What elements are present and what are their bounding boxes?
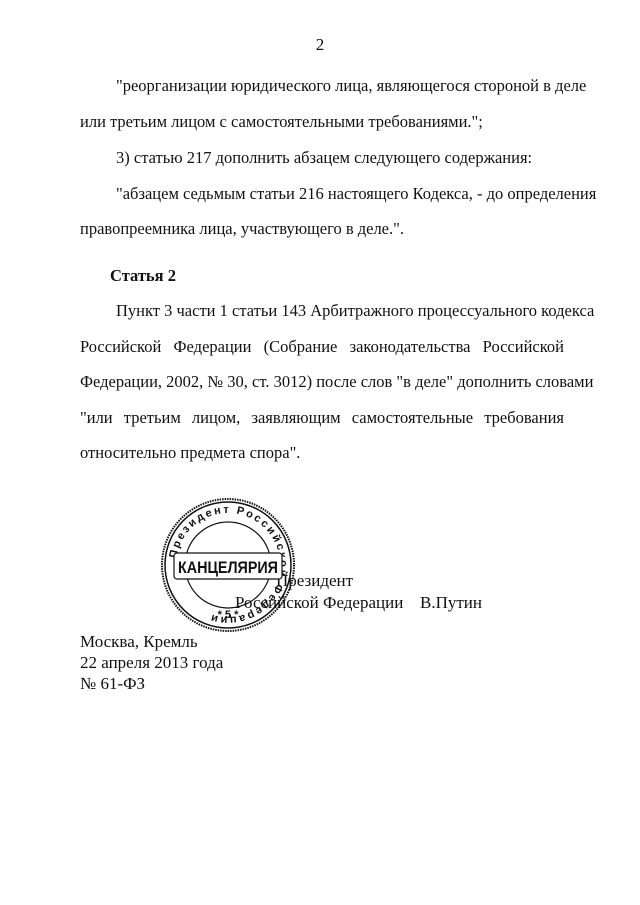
footer-date: 22 апреля 2013 года	[80, 653, 223, 673]
article-heading: Статья 2	[110, 266, 176, 286]
stamp-bottom-text: * 5 *	[218, 609, 240, 621]
paragraph-line: 3) статью 217 дополнить абзацем следующе…	[116, 148, 532, 168]
paragraph-line: "реорганизации юридического лица, являющ…	[116, 76, 564, 96]
paragraph-line: правопреемника лица, участвующего в деле…	[80, 219, 404, 239]
stamp-center-text: КАНЦЕЛЯРИЯ	[178, 558, 278, 577]
footer-number: № 61-ФЗ	[80, 674, 145, 694]
article-line: Пункт 3 части 1 статьи 143 Арбитражного …	[116, 301, 564, 321]
footer-place: Москва, Кремль	[80, 632, 198, 652]
page-number: 2	[0, 35, 640, 55]
article-line: Российской Федерации (Собрание законодат…	[80, 337, 564, 357]
paragraph-line: или третьим лицом с самостоятельными тре…	[80, 112, 483, 132]
official-stamp-icon: Президент Российской Федерации КАНЦЕЛЯРИ…	[160, 497, 296, 633]
article-line: относительно предмета спора".	[80, 443, 300, 463]
paragraph-line: "абзацем седьмым статьи 216 настоящего К…	[116, 184, 564, 204]
signature-name: В.Путин	[420, 593, 482, 613]
article-line: "или третьим лицом, заявляющим самостоят…	[80, 408, 564, 428]
article-line: Федерации, 2002, № 30, ст. 3012) после с…	[80, 372, 564, 392]
